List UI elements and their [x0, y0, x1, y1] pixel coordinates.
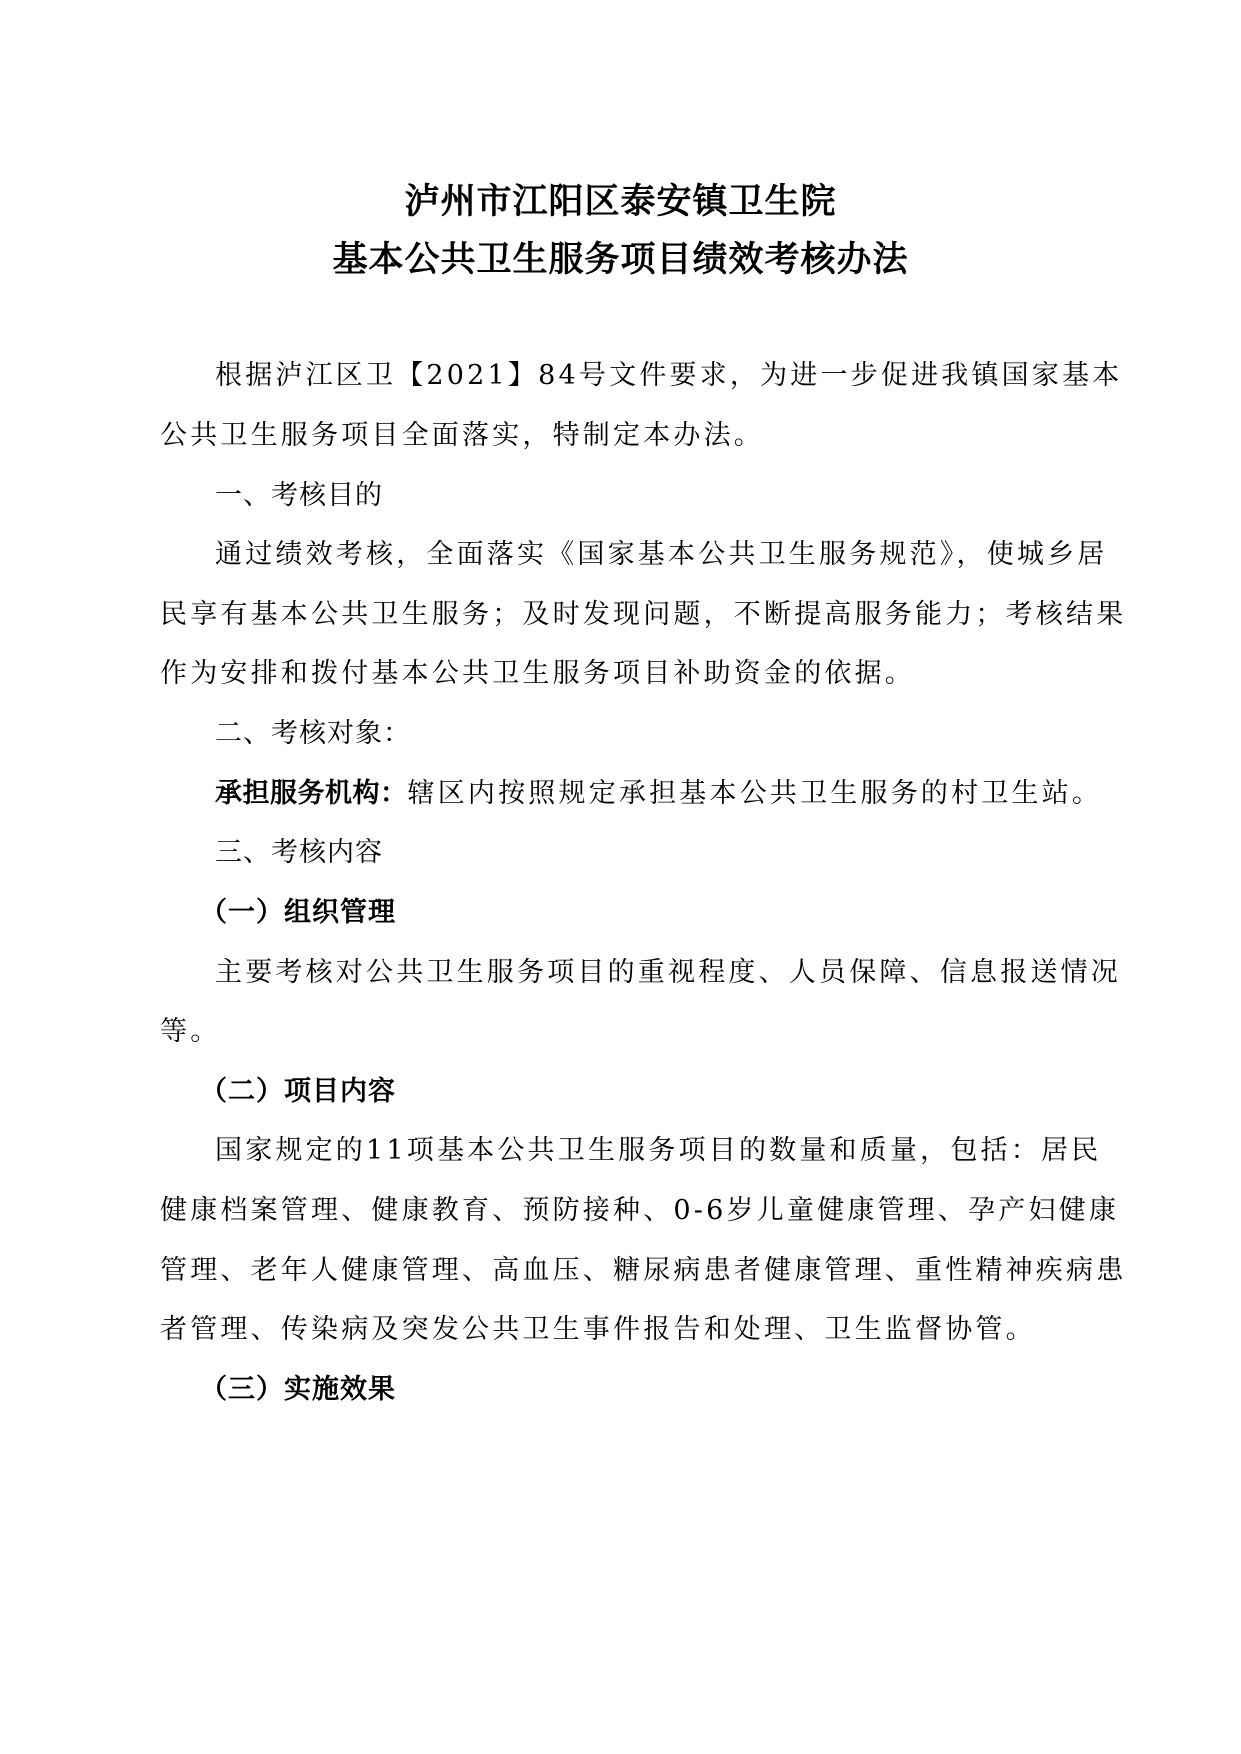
section-3-heading: 三、考核内容	[215, 835, 1135, 871]
subsection-2-paragraph-line-3: 管理、老年人健康管理、高血压、糖尿病患者健康管理、重性精神疾病患	[160, 1253, 1080, 1289]
subsection-2-paragraph-line-1: 国家规定的11项基本公共卫生服务项目的数量和质量，包括：居民	[215, 1133, 1135, 1169]
service-institution-text: 辖区内按照规定承担基本公共卫生服务的村卫生站。	[408, 778, 1103, 809]
document-title-line-1: 泸州市江阳区泰安镇卫生院	[0, 182, 1241, 222]
intro-paragraph-line-1: 根据泸江区卫【2021】84号文件要求，为进一步促进我镇国家基本	[215, 358, 1135, 394]
intro-paragraph-line-2: 公共卫生服务项目全面落实，特制定本办法。	[160, 418, 1080, 454]
subsection-1-paragraph-line-2: 等。	[160, 1014, 1080, 1050]
section-1-paragraph-line-1: 通过绩效考核，全面落实《国家基本公共卫生服务规范》，使城乡居	[215, 537, 1135, 573]
section-1-paragraph-line-2: 民享有基本公共卫生服务；及时发现问题，不断提高服务能力；考核结果	[160, 597, 1080, 633]
service-institution-label: 承担服务机构：	[215, 778, 408, 809]
section-1-paragraph-line-3: 作为安排和拨付基本公共卫生服务项目补助资金的依据。	[160, 656, 1080, 692]
subsection-2-paragraph-line-2: 健康档案管理、健康教育、预防接种、0-6岁儿童健康管理、孕产妇健康	[160, 1193, 1080, 1229]
document-title-line-2: 基本公共卫生服务项目绩效考核办法	[0, 240, 1241, 280]
subsection-2-heading: （二）项目内容	[200, 1074, 1120, 1110]
section-2-paragraph: 承担服务机构：辖区内按照规定承担基本公共卫生服务的村卫生站。	[215, 776, 1135, 812]
subsection-2-paragraph-line-4: 者管理、传染病及突发公共卫生事件报告和处理、卫生监督协管。	[160, 1312, 1080, 1348]
subsection-1-heading: （一）组织管理	[200, 895, 1120, 931]
subsection-3-heading: （三）实施效果	[200, 1372, 1120, 1408]
section-2-heading: 二、考核对象：	[215, 716, 1135, 752]
section-1-heading: 一、考核目的	[215, 478, 1135, 514]
document-page: 泸州市江阳区泰安镇卫生院 基本公共卫生服务项目绩效考核办法 根据泸江区卫【202…	[0, 0, 1241, 1754]
subsection-1-paragraph-line-1: 主要考核对公共卫生服务项目的重视程度、人员保障、信息报送情况	[215, 955, 1135, 991]
